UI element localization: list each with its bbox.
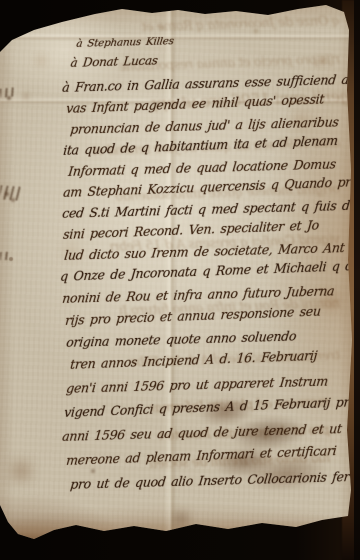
handwriting-line: pro ut de quod alio Inserto Collocarioni… <box>69 469 355 498</box>
manuscript-page: q Onze de Jncoronata q Rome et Michaeli … <box>0 0 360 560</box>
handwriting-block: à Stephanus Killes à Donat Lucas à Fran.… <box>56 38 354 498</box>
margin-bleed-mark <box>0 185 20 200</box>
paper-stains <box>0 0 2 2</box>
margin-bleed-mark <box>0 252 10 261</box>
manuscript-photo: q Onze de Jncoronata q Rome et Michaeli … <box>0 0 360 560</box>
margin-bleed-mark <box>0 87 16 98</box>
book-gutter-shadow <box>354 0 360 560</box>
burnt-bottom-edge <box>0 518 360 560</box>
